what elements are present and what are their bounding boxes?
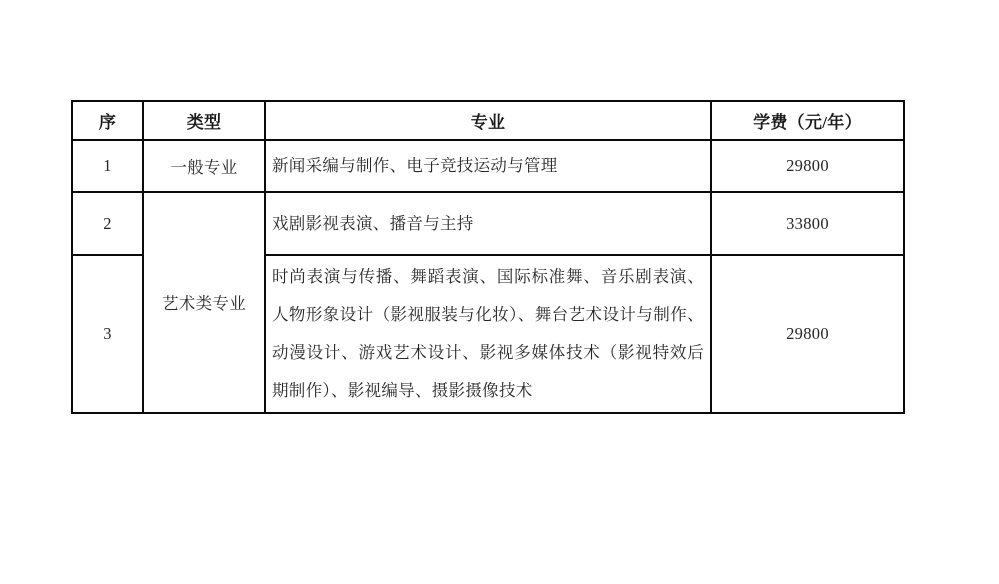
table-row-1: 1 一般专业 新闻采编与制作、电子竞技运动与管理 29800 [72, 140, 904, 192]
row2-fee: 33800 [711, 192, 904, 255]
header-seq: 序 [72, 101, 143, 140]
row3-seq: 3 [72, 255, 143, 413]
row3-majors: 时尚表演与传播、舞蹈表演、国际标准舞、音乐剧表演、人物形象设计（影视服装与化妆）… [265, 255, 711, 413]
row3-fee: 29800 [711, 255, 904, 413]
header-major: 专业 [265, 101, 711, 140]
table-row-2: 2 艺术类专业 戏剧影视表演、播音与主持 33800 [72, 192, 904, 255]
document-page: 序 类型 专业 学费（元/年） 1 一般专业 新闻采编与制作、电子竞技运动与管理… [0, 0, 999, 584]
header-row: 序 类型 专业 学费（元/年） [72, 101, 904, 140]
row2-type-merged: 艺术类专业 [143, 192, 265, 413]
header-fee: 学费（元/年） [711, 101, 904, 140]
row1-majors: 新闻采编与制作、电子竞技运动与管理 [265, 140, 711, 192]
tuition-fee-table: 序 类型 专业 学费（元/年） 1 一般专业 新闻采编与制作、电子竞技运动与管理… [71, 100, 905, 414]
row1-seq: 1 [72, 140, 143, 192]
row1-type: 一般专业 [143, 140, 265, 192]
header-type: 类型 [143, 101, 265, 140]
row1-fee: 29800 [711, 140, 904, 192]
row2-majors: 戏剧影视表演、播音与主持 [265, 192, 711, 255]
row2-seq: 2 [72, 192, 143, 255]
